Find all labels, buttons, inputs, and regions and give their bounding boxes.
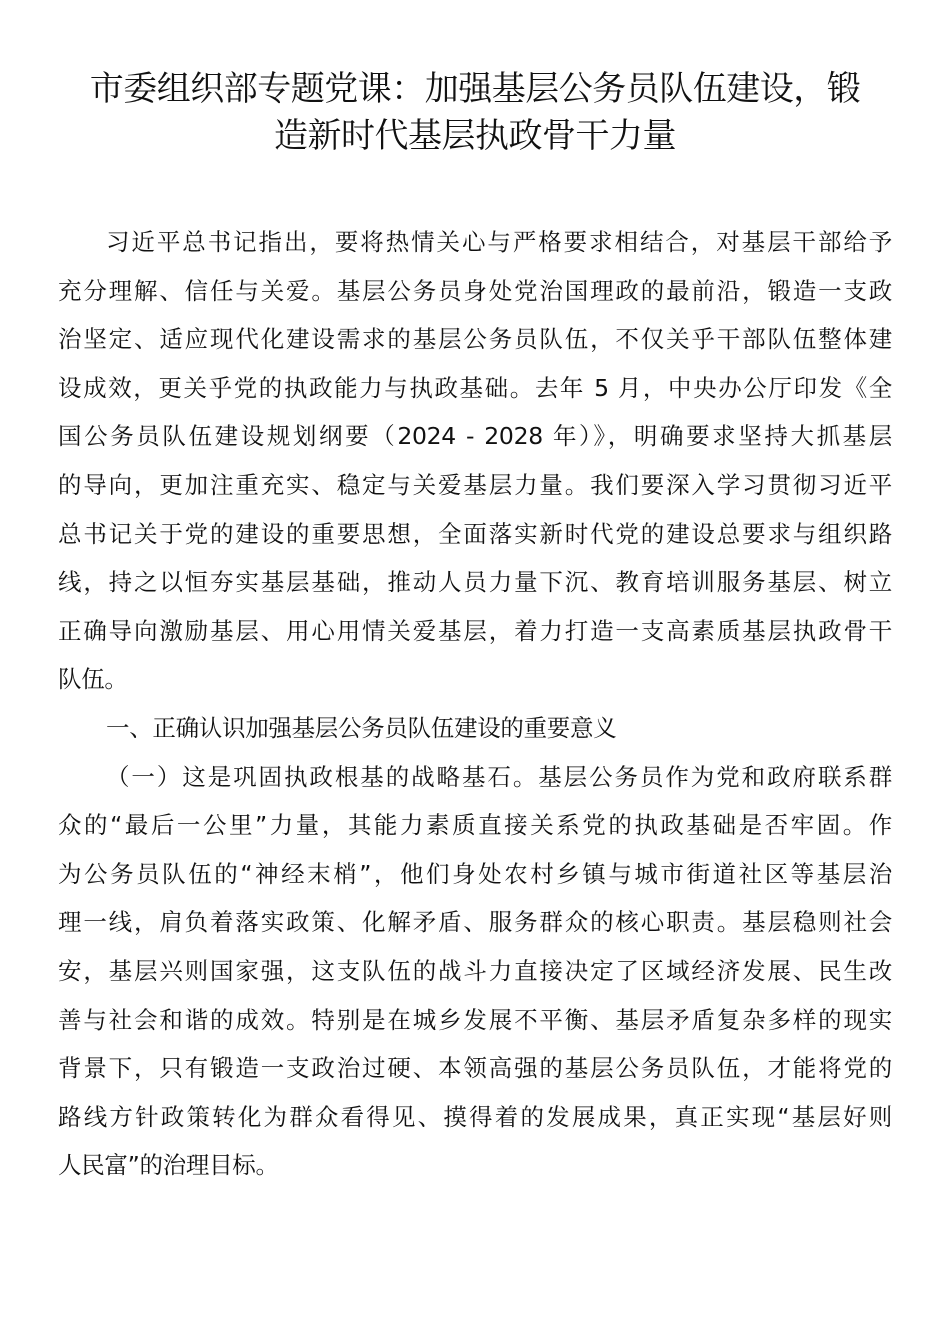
text-line: （一）这是巩固执政根基的战略基石。基层公务员作为党和政府联系群 [58,753,892,802]
text-line: 背景下，只有锻造一支政治过硬、本领高强的基层公务员队伍，才能将党的 [58,1044,892,1093]
paragraph-intro: 习近平总书记指出，要将热情关心与严格要求相结合，对基层干部给予 充分理解、信任与… [58,218,892,704]
text-line: 队伍。 [58,655,892,704]
document-page: 市委组织部专题党课：加强基层公务员队伍建设，锻 造新时代基层执政骨干力量 习近平… [0,0,950,1344]
document-title: 市委组织部专题党课：加强基层公务员队伍建设，锻 造新时代基层执政骨干力量 [58,66,892,160]
text-line: 人民富”的治理目标。 [58,1141,892,1190]
text-line: 习近平总书记指出，要将热情关心与严格要求相结合，对基层干部给予 [58,218,892,267]
text-line: 设成效，更关乎党的执政能力与执政基础。去年 5 月，中央办公厅印发《全 [58,364,892,413]
section-heading-1: 一、正确认识加强基层公务员队伍建设的重要意义 [58,704,892,753]
text-line: 路线方针政策转化为群众看得见、摸得着的发展成果，真正实现“基层好则 [58,1093,892,1142]
text-line: 充分理解、信任与关爱。基层公务员身处党治国理政的最前沿，锻造一支政 [58,267,892,316]
text-line: 为公务员队伍的“神经末梢”，他们身处农村乡镇与城市街道社区等基层治 [58,850,892,899]
title-line-2: 造新时代基层执政骨干力量 [58,113,892,160]
text-line: 国公务员队伍建设规划纲要（2024 - 2028 年）》，明确要求坚持大抓基层 [58,412,892,461]
text-line: 安，基层兴则国家强，这支队伍的战斗力直接决定了区域经济发展、民生改 [58,947,892,996]
text-line: 治坚定、适应现代化建设需求的基层公务员队伍，不仅关乎干部队伍整体建 [58,315,892,364]
text-line: 总书记关于党的建设的重要思想，全面落实新时代党的建设总要求与组织路 [58,510,892,559]
text-line: 理一线，肩负着落实政策、化解矛盾、服务群众的核心职责。基层稳则社会 [58,898,892,947]
title-line-1: 市委组织部专题党课：加强基层公务员队伍建设，锻 [58,66,892,113]
text-line: 线，持之以恒夯实基层基础，推动人员力量下沉、教育培训服务基层、树立 [58,558,892,607]
paragraph-section-1-1: （一）这是巩固执政根基的战略基石。基层公务员作为党和政府联系群 众的“最后一公里… [58,753,892,1190]
text-line: 众的“最后一公里”力量，其能力素质直接关系党的执政基础是否牢固。作 [58,801,892,850]
text-line: 正确导向激励基层、用心用情关爱基层，着力打造一支高素质基层执政骨干 [58,607,892,656]
text-line: 善与社会和谐的成效。特别是在城乡发展不平衡、基层矛盾复杂多样的现实 [58,996,892,1045]
document-body: 习近平总书记指出，要将热情关心与严格要求相结合，对基层干部给予 充分理解、信任与… [58,218,892,1190]
text-line: 的导向，更加注重充实、稳定与关爱基层力量。我们要深入学习贯彻习近平 [58,461,892,510]
